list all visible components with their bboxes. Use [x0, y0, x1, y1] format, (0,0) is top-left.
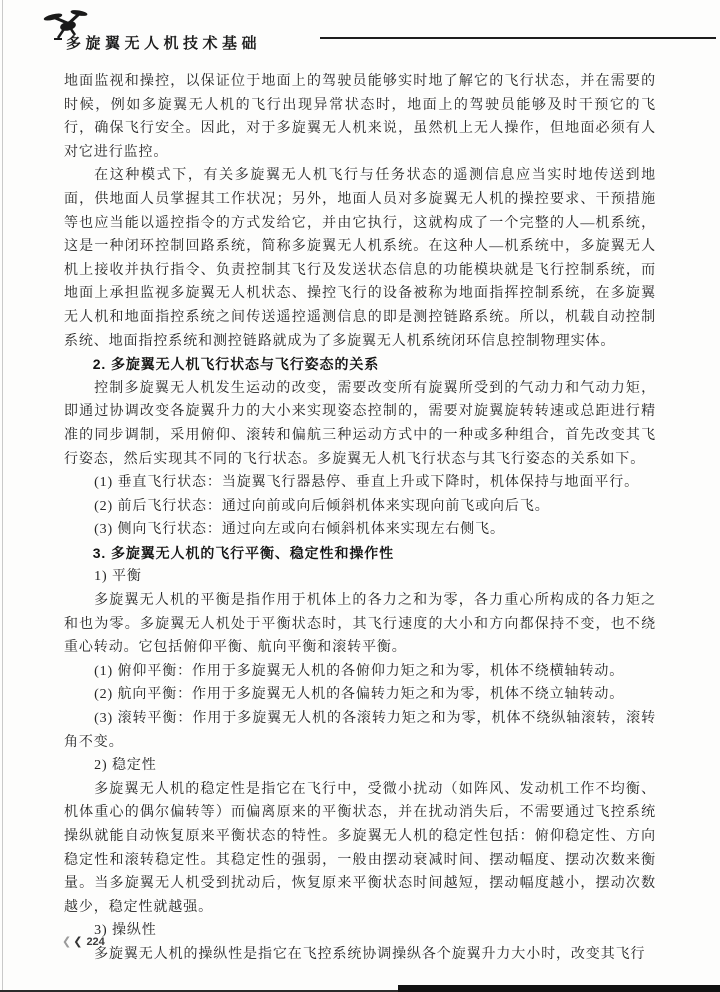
page-header: 多旋翼无人机技术基础 [40, 6, 716, 58]
chevron-left-icon: ❮ [62, 937, 71, 948]
list-item-flight-state-1: (1) 垂直飞行状态：当旋翼飞行器悬停、垂直上升或下降时，机体保持与地面平行。 [64, 471, 656, 495]
list-item-flight-state-3: (3) 侧向飞行状态：通过向左或向右倾斜机体来实现左右侧飞。 [64, 518, 656, 542]
subheading-balance: 1) 平衡 [64, 565, 656, 589]
section-heading-2: 2. 多旋翼无人机飞行状态与飞行姿态的关系 [64, 353, 656, 377]
list-item-balance-3: (3) 滚转平衡：作用于多旋翼无人机的各滚转力矩之和为零，机体不绕纵轴滚转，滚转… [64, 707, 656, 754]
header-rule [320, 37, 716, 39]
paragraph-mode: 在这种模式下，有关多旋翼无人机飞行与任务状态的遥测信息应当实时地传送到地面，供地… [64, 164, 656, 353]
paragraph-control: 控制多旋翼无人机发生运动的改变，需要改变所有旋翼所受到的气动力和气动力矩，即通过… [64, 377, 656, 471]
page-number: 224 [86, 936, 104, 948]
scan-edge-line [2, 0, 3, 992]
book-title: 多旋翼无人机技术基础 [66, 32, 261, 53]
section-heading-3: 3. 多旋翼无人机的飞行平衡、稳定性和操作性 [64, 542, 656, 566]
list-item-balance-2: (2) 航向平衡：作用于多旋翼无人机的各偏转力矩之和为零，机体不绕立轴转动。 [64, 683, 656, 707]
chevron-left-icon: ❮ [73, 937, 82, 948]
book-page: 多旋翼无人机技术基础 地面监视和操控，以保证位于地面上的驾驶员能够实时地了解它的… [0, 0, 720, 992]
list-item-balance-1: (1) 俯仰平衡：作用于多旋翼无人机的各俯仰力矩之和为零，机体不绕横轴转动。 [64, 660, 656, 684]
subheading-maneuverability: 3) 操纵性 [64, 919, 656, 943]
page-body: 地面监视和操控，以保证位于地面上的驾驶员能够实时地了解它的飞行状态，并在需要的时… [64, 70, 656, 967]
paragraph-maneuverability: 多旋翼无人机的操纵性是指它在飞控系统协调操纵各个旋翼升力大小时，改变其飞行 [64, 943, 656, 967]
page-footer: ❮ ❮ 224 [62, 936, 105, 948]
list-item-flight-state-2: (2) 前后飞行状态：通过向前或向后倾斜机体来实现向前飞或向后飞。 [64, 495, 656, 519]
bottom-black-bar [398, 985, 720, 992]
paragraph-continuation: 地面监视和操控，以保证位于地面上的驾驶员能够实时地了解它的飞行状态，并在需要的时… [64, 70, 656, 164]
paragraph-stability: 多旋翼无人机的稳定性是指它在飞行中，受微小扰动（如阵风、发动机工作不均衡、机体重… [64, 778, 656, 920]
paragraph-balance: 多旋翼无人机的平衡是指作用于机体上的各力之和为零，各力重心所构成的各力矩之和也为… [64, 589, 656, 660]
subheading-stability: 2) 稳定性 [64, 754, 656, 778]
